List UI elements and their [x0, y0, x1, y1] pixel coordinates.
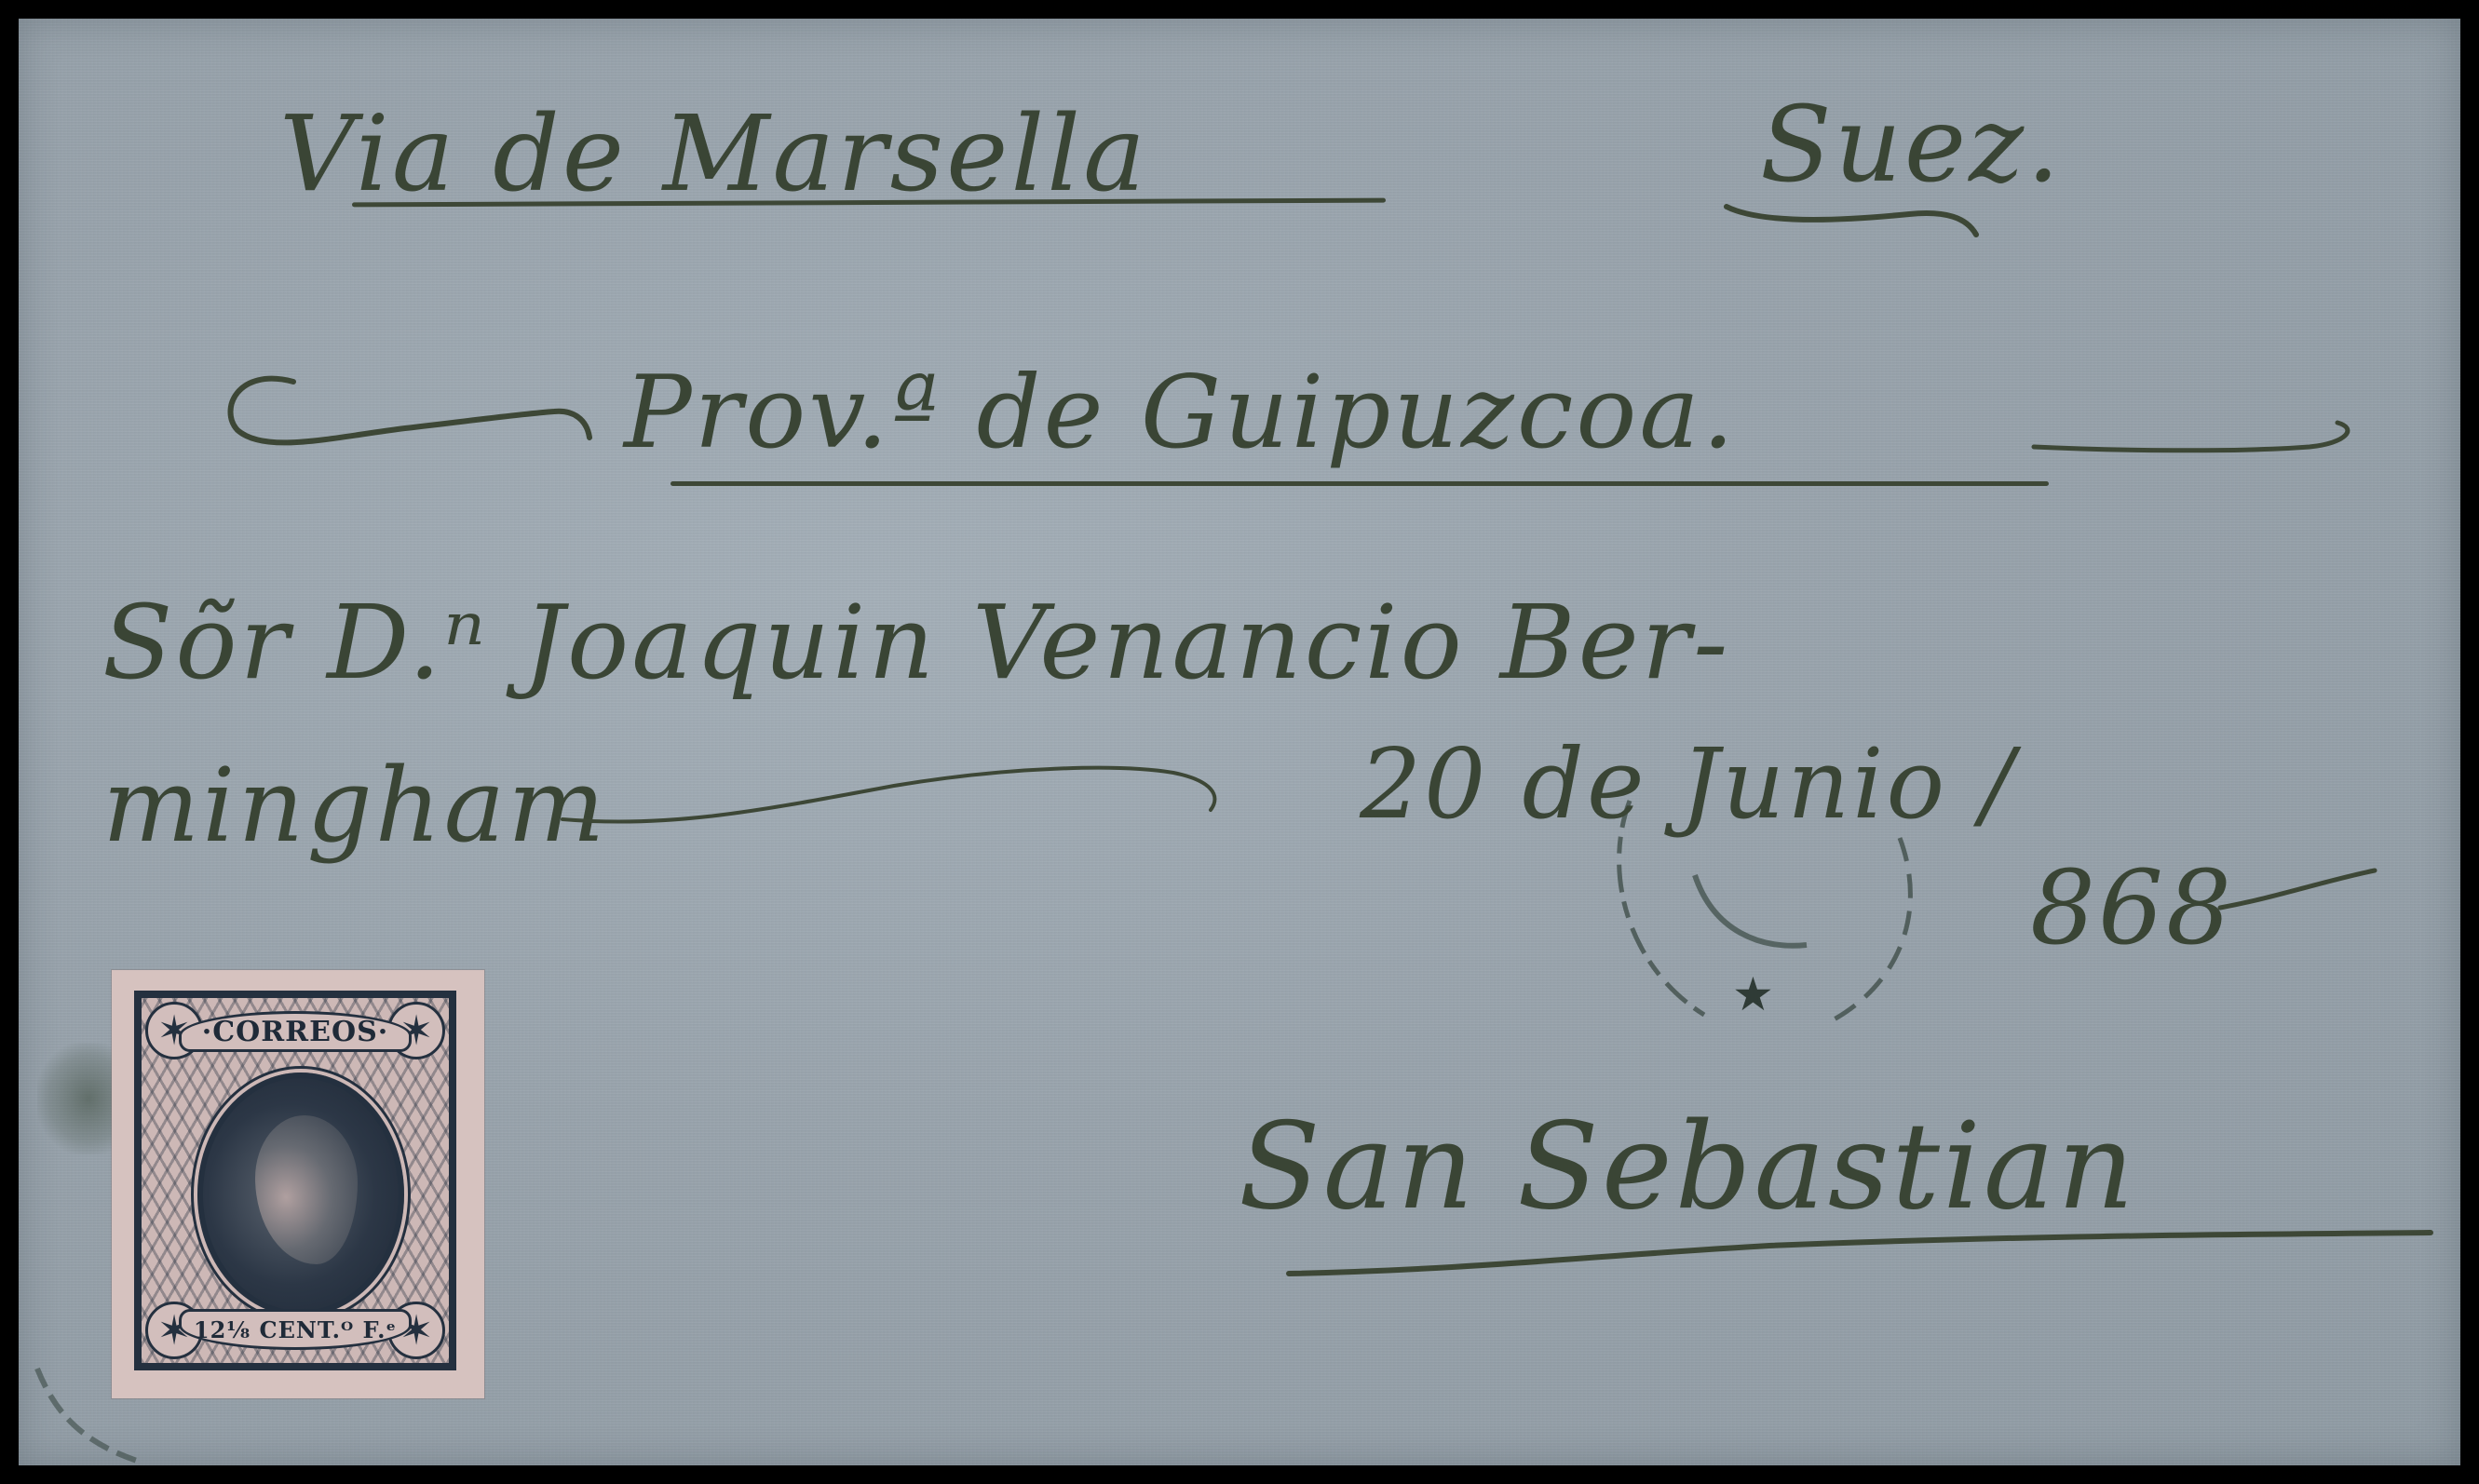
addressee-flourish — [559, 754, 1229, 847]
postage-stamp: ✶ ✶ ✶ ✶ ·CORREOS· 12⅛ CENT.ᴼ F.ᵉ — [112, 970, 484, 1398]
via-line-text: Via de Marsella — [279, 102, 1148, 207]
queen-portrait-icon — [255, 1115, 358, 1264]
stamp-value-label: 12⅛ CENT.ᴼ F.ᵉ — [179, 1309, 412, 1350]
stamp-frame: ✶ ✶ ✶ ✶ ·CORREOS· 12⅛ CENT.ᴼ F.ᵉ — [134, 991, 456, 1370]
postal-cover: Via de Marsella Suez. Prov.ª de Guipuzco… — [19, 19, 2460, 1465]
date-line-1-text: 20 de Junio / — [1360, 735, 2016, 832]
province-right-flourish — [2030, 410, 2365, 475]
city-underline — [1285, 1229, 2440, 1285]
addressee-line-1-text: Sõr D.ⁿ Joaquin Venancio Ber- — [102, 591, 1730, 694]
date-flourish — [2216, 861, 2384, 917]
destination-note-text: Suez. — [1760, 93, 2063, 197]
province-line-text: Prov.ª de Guipuzcoa. — [624, 363, 1737, 464]
destination-note-underline — [1723, 196, 1984, 251]
province-line-underline — [671, 481, 2049, 486]
date-line-2-text: 868 — [2030, 857, 2234, 959]
stamp-top-label: ·CORREOS· — [179, 1011, 412, 1052]
postmark-star-icon: ★ — [1732, 967, 1774, 1021]
addressee-line-2-text: mingham — [102, 754, 607, 857]
province-left-flourish — [219, 363, 610, 465]
city-text: San Sebastian — [1239, 1108, 2137, 1227]
stamp-portrait-oval — [197, 1073, 404, 1316]
